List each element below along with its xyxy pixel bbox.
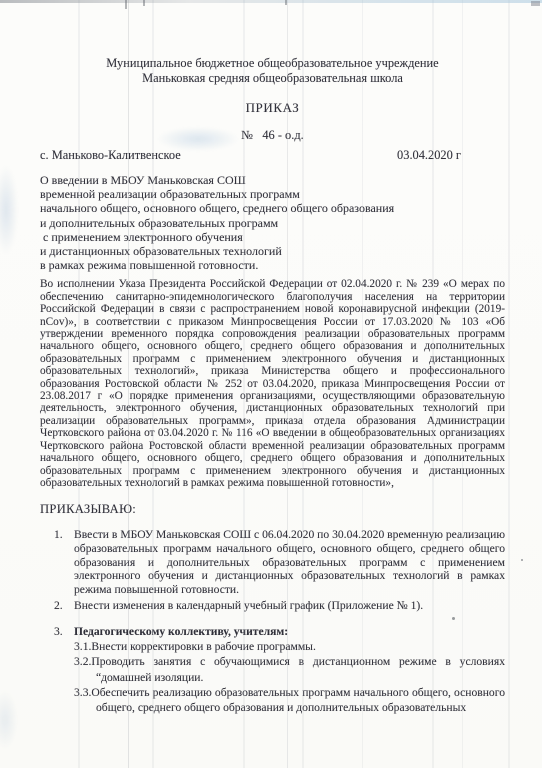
scan-corner-mark: [531, 1, 540, 6]
preamble-paragraph: Во исполнении Указа Президента Российско…: [40, 278, 505, 489]
item-text: Ввести в МБОУ Маньковская СОШ с 06.04.20…: [74, 528, 505, 597]
order-item-1: 1. Ввести в МБОУ Маньковская СОШ с 06.04…: [54, 528, 505, 597]
scan-smudge: [0, 165, 18, 255]
document-date: 03.04.2020 г: [397, 148, 461, 163]
order-item-3: 3. Педагогическому коллективу, учителям:: [54, 625, 505, 639]
order-subitems: 3.1.Внести корректировки в рабочие прогр…: [74, 639, 505, 715]
item-number: 1.: [54, 528, 74, 597]
order-item-2: 2. Внести изменения в календарный учебны…: [54, 599, 505, 613]
subject-line: и дистанционных образовательных технолог…: [40, 244, 505, 258]
subitem-number: 3.1.: [74, 640, 91, 653]
item-number: 2.: [54, 599, 74, 613]
subitem-number: 3.2.: [74, 655, 91, 668]
item-text: Педагогическому коллективу, учителям:: [74, 625, 505, 639]
item-number: 3.: [54, 625, 74, 639]
place-name: с. Маньково-Калитвенское: [40, 148, 181, 163]
org-name-line2: Маньковкая средняя общеобразовательная ш…: [40, 71, 505, 86]
scan-mark: [143, 0, 145, 6]
subject-line: с применением электронного обучения: [40, 230, 505, 244]
order-items: 1. Ввести в МБОУ Маньковская СОШ с 06.04…: [54, 528, 505, 715]
scan-mark: [285, 0, 287, 5]
subject-block: О введении в МБОУ Маньковская СОШ времен…: [40, 173, 505, 272]
scan-streak: [508, 0, 510, 768]
scan-speck: [521, 559, 523, 561]
order-subitem-3-1: 3.1.Внести корректировки в рабочие прогр…: [74, 639, 505, 654]
org-name-line1: Муниципальное бюджетное общеобразователь…: [40, 56, 505, 71]
place-date-row: с. Маньково-Калитвенское 03.04.2020 г: [40, 148, 505, 163]
document-number: № 46 - о.д.: [40, 128, 505, 143]
scan-top-edge: [0, 0, 542, 3]
subject-line: в рамках режима повышенной готовности.: [40, 258, 505, 272]
subitem-text: Внести корректировки в рабочие программы…: [91, 640, 315, 653]
order-subitem-3-2: 3.2.Проводить занятия с обучающимися в д…: [74, 654, 505, 684]
subject-line: начального общего, основного общего, сре…: [40, 201, 505, 215]
subitem-text: Проводить занятия с обучающимися в диста…: [91, 655, 505, 683]
subitem-number: 3.3.: [74, 686, 91, 699]
scanned-order-document: Муниципальное бюджетное общеобразователь…: [0, 0, 542, 768]
subject-line: временной реализации образовательных про…: [40, 187, 505, 201]
subitem-text: Обеспечить реализацию образовательных пр…: [91, 686, 505, 714]
subject-line: и дополнительных образовательных програм…: [40, 216, 505, 230]
subject-line: О введении в МБОУ Маньковская СОШ: [40, 173, 505, 187]
scan-mark: [125, 0, 127, 9]
order-word: ПРИКАЗЫВАЮ:: [40, 502, 505, 517]
item-text: Внести изменения в календарный учебный г…: [74, 599, 505, 613]
order-subitem-3-3: 3.3.Обеспечить реализацию образовательны…: [74, 685, 505, 715]
document-type-title: ПРИКАЗ: [40, 100, 505, 115]
scan-smudge: [0, 690, 18, 750]
